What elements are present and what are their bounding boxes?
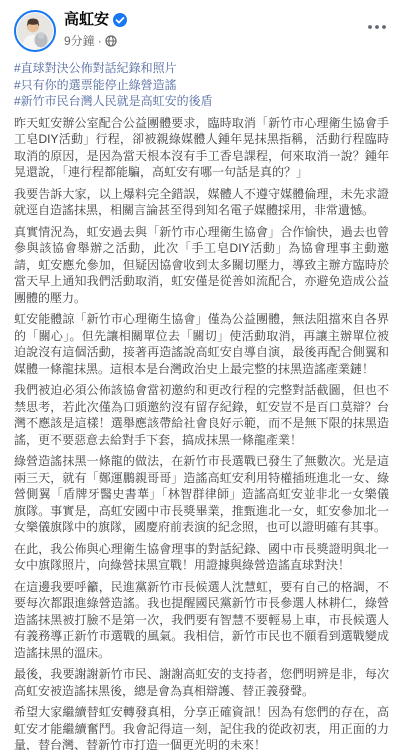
post-paragraph: 綠營造謠抹黑一條龍的做法，在新竹市長選戰已發生了無數次。光是這兩三天，就有「鄭運… xyxy=(14,453,389,536)
post-content: #直球對決公佈對話紀錄和照片 #只有你的選票能停止綠營造謠 #新竹市民台灣人民就… xyxy=(0,54,403,750)
hashtag-block: #直球對決公佈對話紀錄和照片 #只有你的選票能停止綠營造謠 #新竹市民台灣人民就… xyxy=(14,60,389,110)
post-paragraph: 真實情況為，虹安過去與「新竹市心理衛生協會」合作愉快，過去也曾參與該協會舉辦之活… xyxy=(14,224,389,307)
post-header: 高虹安 9分鐘 · xyxy=(0,0,403,54)
avatar[interactable] xyxy=(14,10,56,52)
post-options-button[interactable] xyxy=(359,12,389,42)
post-paragraph: 虹安能體諒「新竹市心理衛生協會」僅為公益團體，無法阻擋來自各界的「關心」。但先讓… xyxy=(14,311,389,377)
author-name-row: 高虹安 xyxy=(64,10,359,29)
meta-separator: · xyxy=(98,34,102,48)
post-paragraph: 最後，我要謝謝新竹市民、謝謝高虹安的支持者，您們明辨是非，每次高虹安被造謠抹黑後… xyxy=(14,666,389,699)
profile-photo-image xyxy=(17,13,53,49)
post-meta: 9分鐘 · xyxy=(64,32,359,49)
timestamp[interactable]: 9分鐘 xyxy=(64,32,95,49)
ellipsis-icon xyxy=(367,23,387,31)
post-paragraph: 在這邊我要呼籲，民進黨新竹市長候選人沈慧虹，要有自己的格調，不要每次都跟進綠營造… xyxy=(14,579,389,662)
author-name[interactable]: 高虹安 xyxy=(64,10,109,29)
post-header-text: 高虹安 9分鐘 · xyxy=(64,10,359,49)
verified-badge-icon xyxy=(113,13,127,27)
post-paragraph: 在此，我公佈與心理衛生協會理事的對話紀錄、國中市長獎證明與北一女中旗隊照片，向綠… xyxy=(14,541,389,574)
post-paragraph: 希望大家繼續替虹安轉發真相，分享正確資訊！因為有您們的存在，高虹安才能繼續奮鬥。… xyxy=(14,704,389,750)
facebook-post: 高虹安 9分鐘 · xyxy=(0,0,403,750)
post-paragraph: 我要告訴大家，以上爆料完全錯誤，媒體人不遵守媒體倫理，未先求證就逕自造謠抹黑，相… xyxy=(14,186,389,219)
post-paragraph: 我們被迫必須公佈該協會當初邀約和更改行程的完整對話截圖，但也不禁思考，若此次僅為… xyxy=(14,382,389,448)
hashtag-link[interactable]: #直球對決公佈對話紀錄和照片 xyxy=(14,60,389,77)
post-paragraph: 昨天虹安辦公室配合公益團體要求，臨時取消「新竹市心理衛生協會手工皂DIY活動」行… xyxy=(14,115,389,181)
hashtag-link[interactable]: #新竹市民台灣人民就是高虹安的後盾 xyxy=(14,93,389,110)
globe-privacy-icon xyxy=(105,35,117,47)
hashtag-link[interactable]: #只有你的選票能停止綠營造謠 xyxy=(14,77,389,94)
